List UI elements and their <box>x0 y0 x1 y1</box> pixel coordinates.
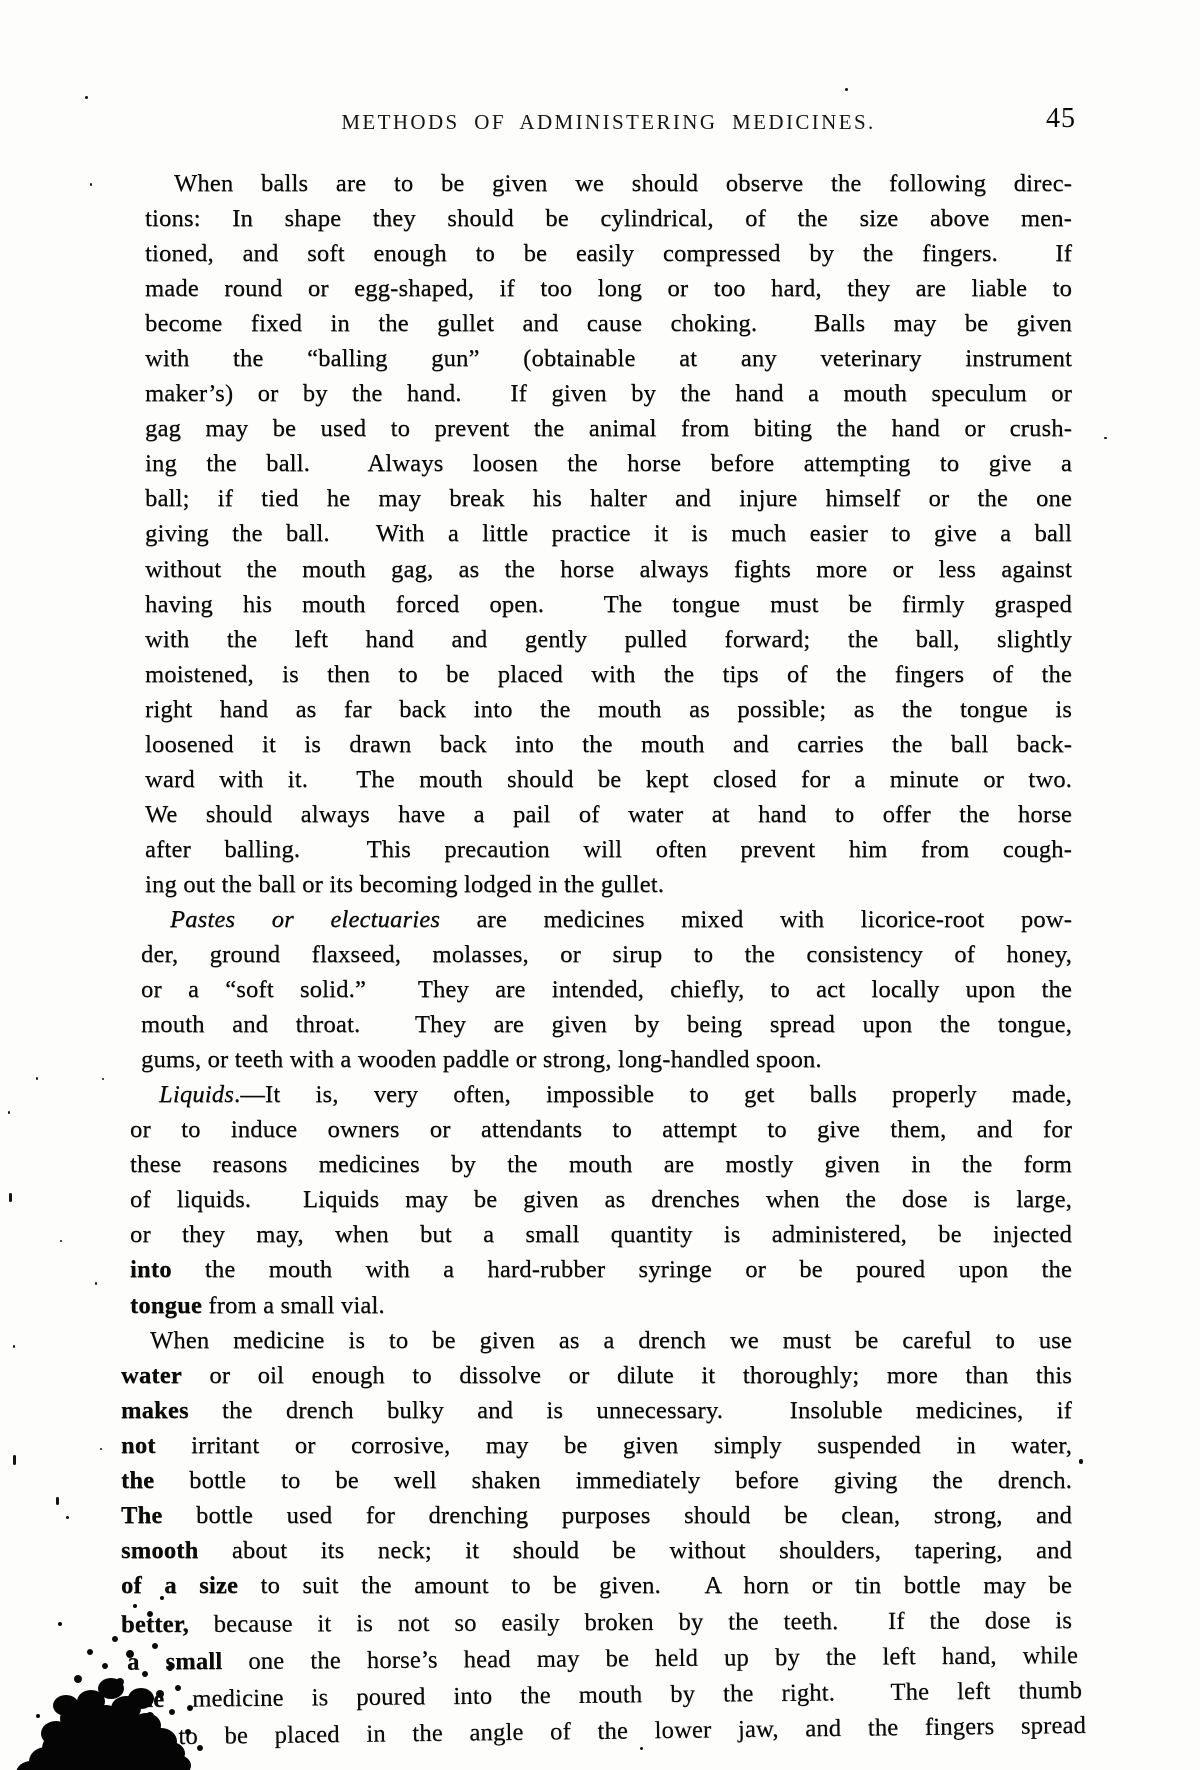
scan-speck <box>66 1516 69 1519</box>
ink-blot-speckles <box>58 1622 62 1626</box>
text-segment: der, ground flaxseed, molasses, or sirup… <box>141 941 1072 968</box>
scan-speck <box>640 1747 643 1750</box>
scan-speck <box>85 96 88 99</box>
text-segment: the mouth with a hard-rubber syringe or … <box>172 1256 1072 1283</box>
scan-speck <box>56 1497 59 1505</box>
text-line: tions: In shape they should be cylindric… <box>145 201 1072 236</box>
text-segment: smooth <box>121 1537 198 1564</box>
scan-speck <box>95 1282 97 1285</box>
text-line: with the “balling gun” (obtainable at an… <box>145 341 1072 376</box>
text-segment: become fixed in the gullet and cause cho… <box>145 310 1072 337</box>
text-segment: The <box>121 1502 162 1529</box>
text-segment: with the left hand and gently pulled for… <box>145 626 1072 653</box>
scan-speck <box>102 1078 104 1080</box>
scan-speck <box>8 1111 10 1114</box>
text-segment: ing the ball. Always loosen the horse be… <box>145 450 1072 477</box>
text-segment: or a “soft solid.” They are intended, ch… <box>141 976 1072 1003</box>
text-line: of liquids. Liquids may be given as dren… <box>130 1182 1072 1217</box>
text-line: or to induce owners or attendants to att… <box>130 1112 1072 1147</box>
text-segment: bottle to be well shaken immediately bef… <box>154 1467 1072 1494</box>
running-head: METHODS OF ADMINISTERING MEDICINES. <box>145 110 1072 135</box>
paragraph: Liquids.—It is, very often, impossible t… <box>130 1077 1072 1322</box>
text-segment: maker’s) or by the hand. If given by the… <box>145 380 1072 407</box>
text-line: tioned, and soft enough to be easily com… <box>145 236 1072 271</box>
text-segment: not <box>121 1432 156 1459</box>
text-line: having his mouth forced open. The tongue… <box>145 587 1072 622</box>
text-segment: the <box>131 1686 165 1713</box>
text-segment: .—It is, very often, impossible to get b… <box>234 1081 1072 1108</box>
text-line: We should always have a pail of water at… <box>145 797 1072 832</box>
paragraph: When medicine is to be given as a drench… <box>121 1323 1072 1744</box>
text-segment: after balling. This precaution will ofte… <box>145 836 1072 863</box>
text-line: tongue from a small vial. <box>130 1288 1072 1323</box>
text-segment: these reasons medicines by the mouth are… <box>130 1151 1072 1178</box>
text-segment: right hand as far back into the mouth as… <box>145 696 1072 723</box>
text-segment: ball; if tied he may break his halter an… <box>145 485 1072 512</box>
ink-blot <box>95 1705 117 1722</box>
text-line: better, because it is not so easily brok… <box>121 1603 1072 1642</box>
text-segment: makes <box>121 1397 189 1424</box>
text-segment: is <box>135 1723 152 1750</box>
text-line: maker’s) or by the hand. If given by the… <box>145 376 1072 411</box>
text-segment: medicine is poured into the mouth by the… <box>164 1677 1082 1713</box>
scan-speck <box>1079 1459 1083 1464</box>
text-segment: bottle used for drenching purposes shoul… <box>162 1502 1072 1529</box>
text-line: The bottle used for drenching purposes s… <box>121 1498 1072 1533</box>
text-segment: Liquids <box>159 1081 234 1108</box>
text-segment: are medicines mixed with licorice-root p… <box>440 906 1072 933</box>
scan-speck <box>100 1448 102 1450</box>
text-segment: ward with it. The mouth should be kept c… <box>145 766 1072 793</box>
text-segment: water <box>121 1362 182 1389</box>
text-segment: gag may be used to prevent the animal fr… <box>145 415 1072 442</box>
text-segment: When balls are to be given we should obs… <box>174 170 1072 197</box>
text-line: or a “soft solid.” They are intended, ch… <box>141 972 1072 1007</box>
paragraph: When balls are to be given we should obs… <box>145 166 1072 902</box>
scan-speck <box>13 1345 15 1348</box>
text-segment: from a small vial. <box>202 1292 385 1319</box>
text-line: ward with it. The mouth should be kept c… <box>145 762 1072 797</box>
text-segment: because it is not so easily broken by th… <box>189 1607 1072 1638</box>
text-segment: made round or egg-shaped, if too long or… <box>145 275 1072 302</box>
text-line: smooth about its neck; it should be with… <box>121 1533 1072 1568</box>
text-segment: into <box>130 1256 172 1283</box>
text-segment: We should always have a pail of water at… <box>145 801 1072 828</box>
text-line: right hand as far back into the mouth as… <box>145 692 1072 727</box>
text-segment: Pastes or electuaries <box>170 906 440 933</box>
text-segment: When medicine is to be given as a drench… <box>150 1327 1072 1354</box>
scan-speck <box>90 183 92 186</box>
text-segment: the drench bulky and is unnecessary. Ins… <box>189 1397 1072 1424</box>
text-line: loosened it is drawn back into the mouth… <box>145 727 1072 762</box>
text-line: When balls are to be given we should obs… <box>145 166 1072 201</box>
text-segment: a small <box>127 1648 222 1676</box>
page-header: METHODS OF ADMINISTERING MEDICINES. 45 <box>145 110 1072 135</box>
text-segment: of a size <box>121 1572 238 1599</box>
text-line: into the mouth with a hard-rubber syring… <box>130 1252 1072 1287</box>
scan-speck <box>1104 437 1107 439</box>
text-segment: better, <box>121 1611 189 1638</box>
scan-speck <box>845 88 848 91</box>
text-line: not irritant or corrosive, may be given … <box>121 1428 1072 1463</box>
text-segment: with the “balling gun” (obtainable at an… <box>145 345 1072 372</box>
text-segment: or to induce owners or attendants to att… <box>130 1116 1072 1143</box>
text-segment: tongue <box>130 1292 202 1319</box>
text-segment: having his mouth forced open. The tongue… <box>145 591 1072 618</box>
text-line: without the mouth gag, as the horse alwa… <box>145 552 1072 587</box>
text-segment: the <box>121 1467 154 1494</box>
text-line: of a size to suit the amount to be given… <box>121 1568 1072 1603</box>
text-segment: without the mouth gag, as the horse alwa… <box>145 556 1072 583</box>
text-line: moistened, is then to be placed with the… <box>145 657 1072 692</box>
text-line: Pastes or electuaries are medicines mixe… <box>141 902 1072 937</box>
text-segment: gums, or teeth with a wooden paddle or s… <box>141 1046 822 1073</box>
text-line: gums, or teeth with a wooden paddle or s… <box>141 1042 1072 1077</box>
text-line: or they may, when but a small quantity i… <box>130 1217 1072 1252</box>
text-segment: to suit the amount to be given. A horn o… <box>238 1572 1072 1599</box>
book-page: METHODS OF ADMINISTERING MEDICINES. 45 W… <box>0 0 1200 1770</box>
text-line: makes the drench bulky and is unnecessar… <box>121 1393 1072 1428</box>
text-segment: or they may, when but a small quantity i… <box>130 1221 1072 1248</box>
scan-speck <box>9 1193 12 1202</box>
page-number: 45 <box>1046 103 1076 135</box>
text-line: ing the ball. Always loosen the horse be… <box>145 446 1072 481</box>
text-segment: of liquids. Liquids may be given as dren… <box>130 1186 1072 1213</box>
text-segment: about its neck; it should be without sho… <box>198 1537 1072 1564</box>
text-line: der, ground flaxseed, molasses, or sirup… <box>141 937 1072 972</box>
text-line: Liquids.—It is, very often, impossible t… <box>130 1077 1072 1112</box>
text-line: become fixed in the gullet and cause cho… <box>145 306 1072 341</box>
text-line: water or oil enough to dissolve or dilut… <box>121 1358 1072 1393</box>
text-line: after balling. This precaution will ofte… <box>145 832 1072 867</box>
text-line: mouth and throat. They are given by bein… <box>141 1007 1072 1042</box>
text-line: giving the ball. With a little practice … <box>145 516 1072 551</box>
text-line: with the left hand and gently pulled for… <box>145 622 1072 657</box>
text-segment: irritant or corrosive, may be given simp… <box>156 1432 1072 1459</box>
text-line: When medicine is to be given as a drench… <box>121 1323 1072 1358</box>
scan-speck <box>60 1240 62 1242</box>
body-text: When balls are to be given we should obs… <box>0 166 1200 1743</box>
text-segment: to be placed in the angle of the lower j… <box>152 1712 1087 1750</box>
text-segment: giving the ball. With a little practice … <box>145 520 1072 547</box>
text-segment: moistened, is then to be placed with the… <box>145 661 1072 688</box>
text-line: made round or egg-shaped, if too long or… <box>145 271 1072 306</box>
text-segment: mouth and throat. They are given by bein… <box>141 1011 1072 1038</box>
text-segment: loosened it is drawn back into the mouth… <box>145 731 1072 758</box>
text-line: ing out the ball or its becoming lodged … <box>145 867 1072 902</box>
text-segment: ing out the ball or its becoming lodged … <box>145 871 664 898</box>
text-segment: tions: In shape they should be cylindric… <box>145 205 1072 232</box>
text-segment: tioned, and soft enough to be easily com… <box>145 240 1072 267</box>
paragraph: Pastes or electuaries are medicines mixe… <box>141 902 1072 1077</box>
text-line: ball; if tied he may break his halter an… <box>145 481 1072 516</box>
text-line: these reasons medicines by the mouth are… <box>130 1147 1072 1182</box>
text-line: the bottle to be well shaken immediately… <box>121 1463 1072 1498</box>
text-line: gag may be used to prevent the animal fr… <box>145 411 1072 446</box>
scan-speck <box>13 1455 16 1465</box>
text-segment: or oil enough to dissolve or dilute it t… <box>182 1362 1072 1389</box>
text-segment: one the horse’s head may be held up by t… <box>222 1642 1078 1675</box>
scan-speck <box>36 1077 38 1080</box>
